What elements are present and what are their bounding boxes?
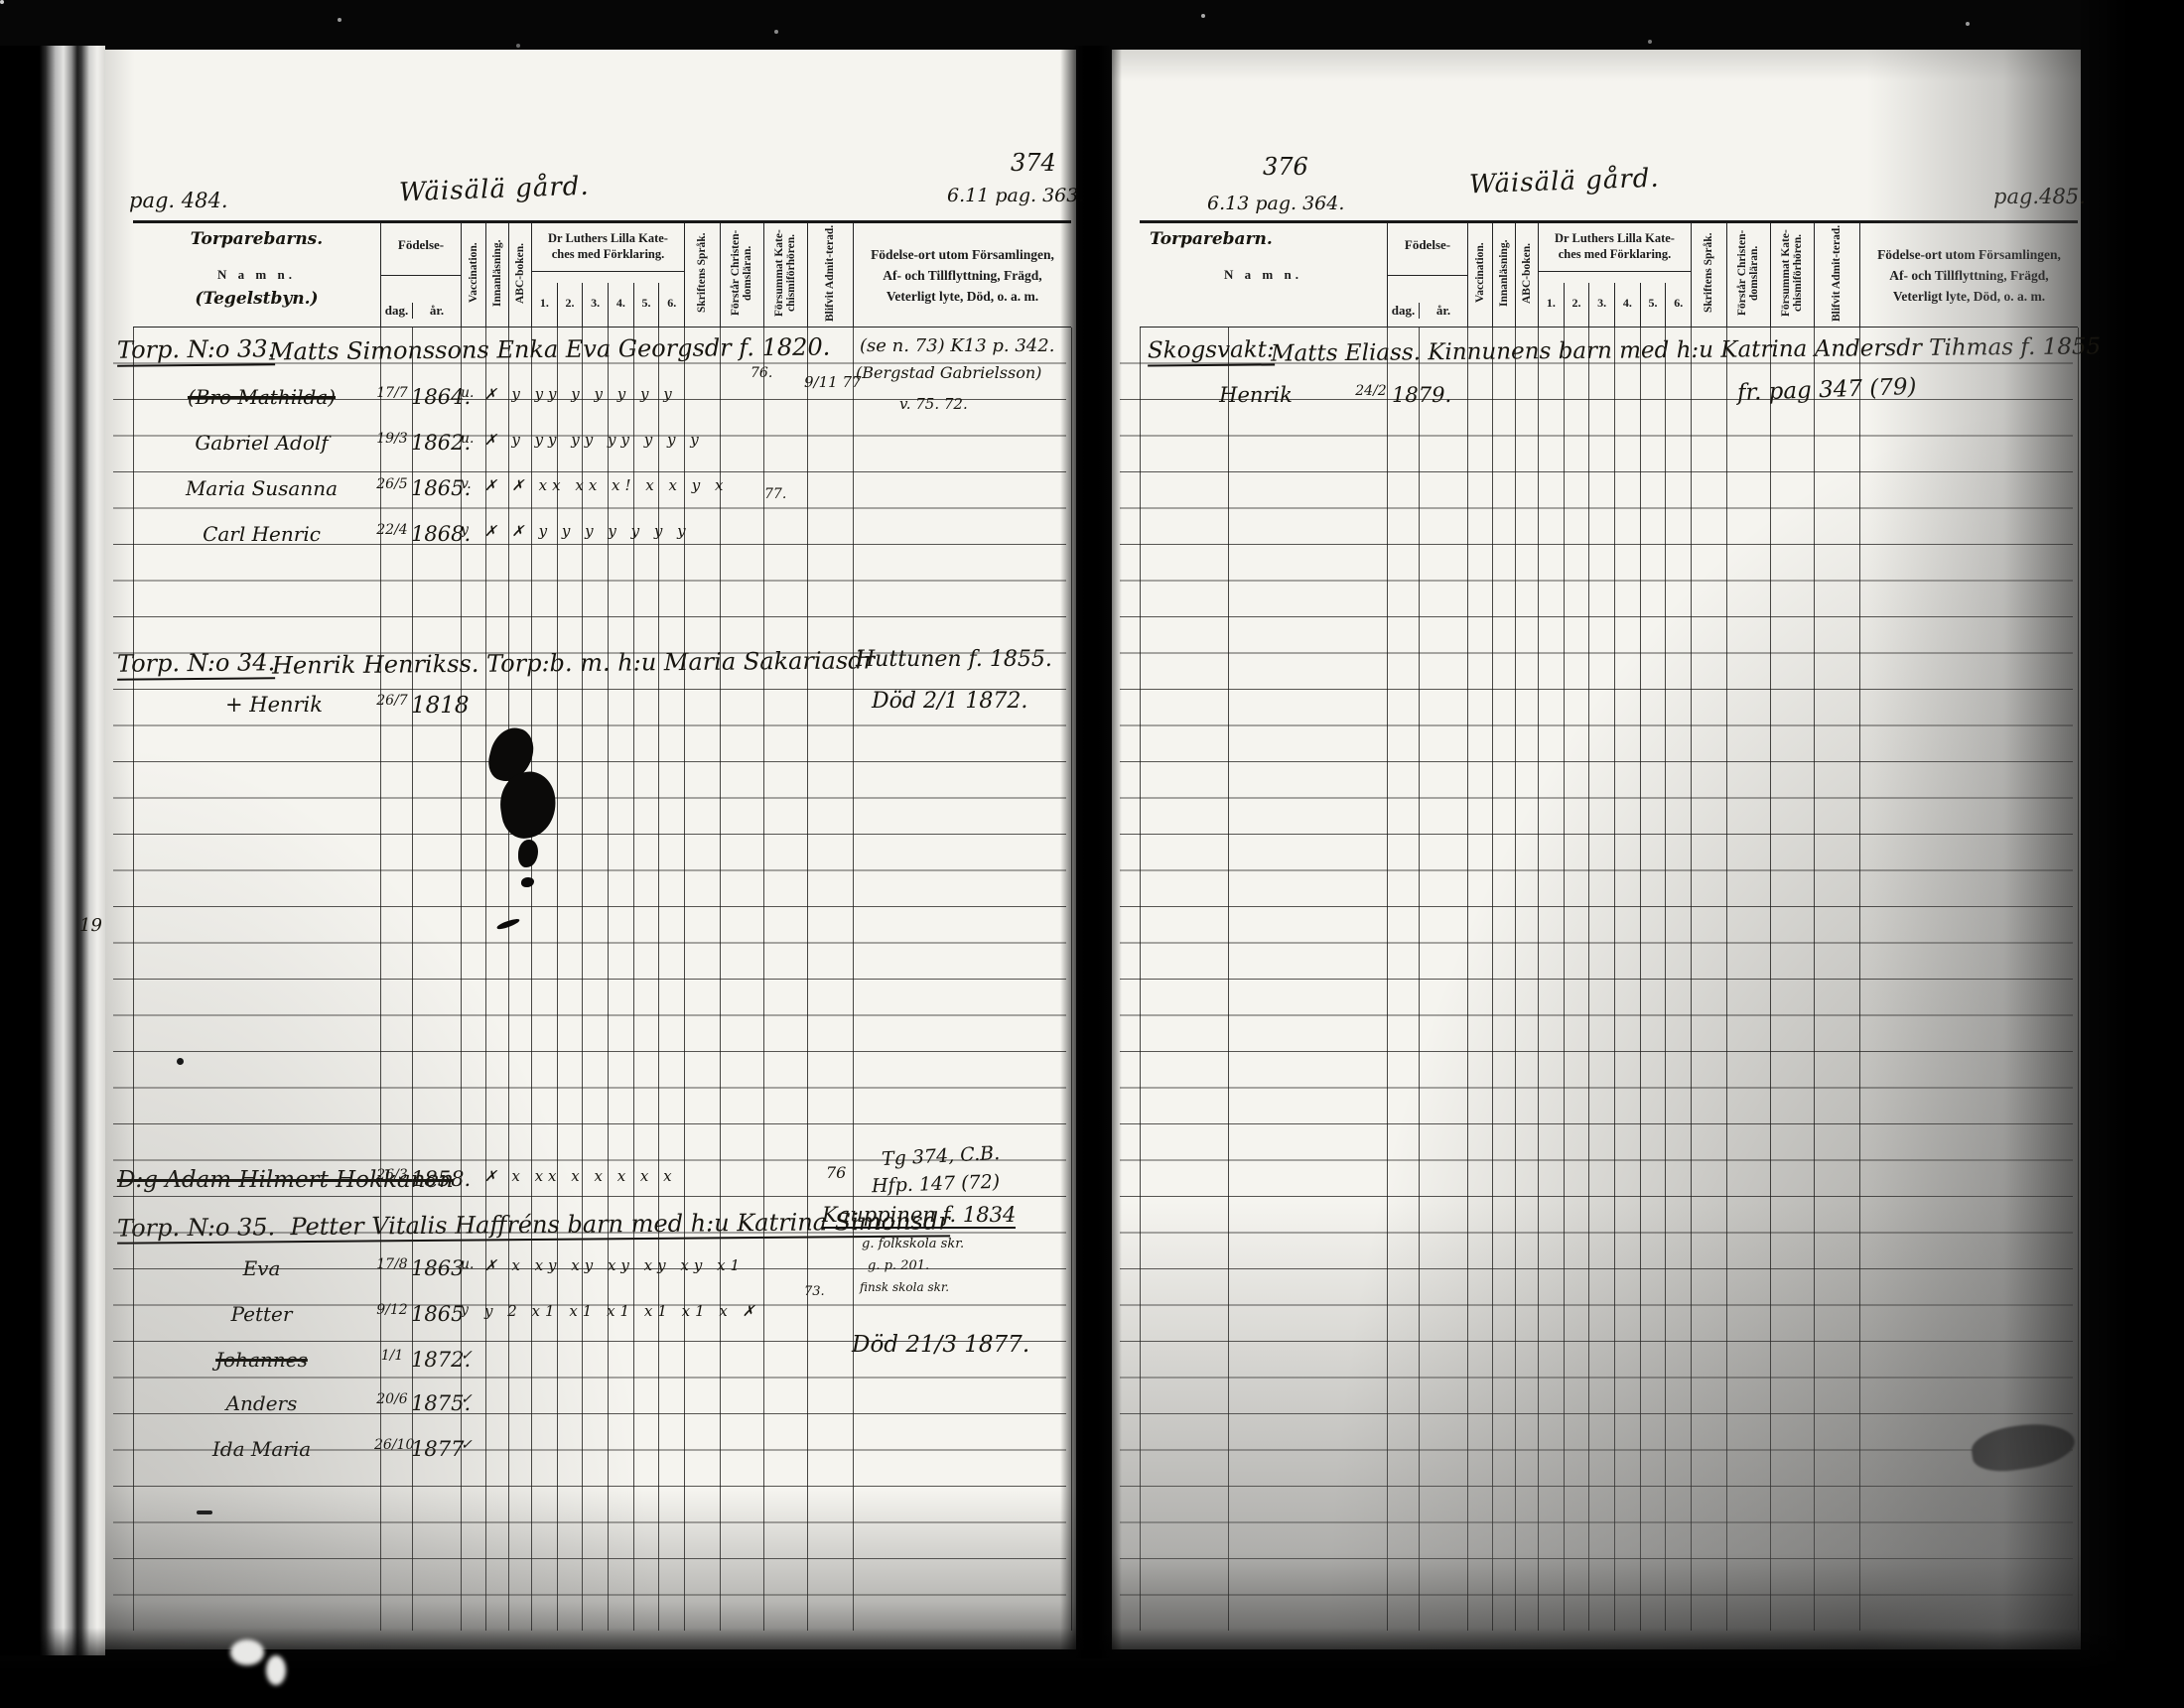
margin-annotation: g. folkskola skr.	[862, 1237, 964, 1251]
dag-label: dag.	[1388, 303, 1420, 319]
namn-annotation-top: Torparebarn.	[1140, 229, 1387, 249]
vaccination-mark: u.	[461, 1256, 474, 1272]
table-column-line	[2078, 328, 2079, 1631]
person-name: Ida Maria	[145, 1437, 378, 1461]
table-column-line	[684, 328, 685, 1631]
birth-year: 1877	[411, 1437, 464, 1461]
register-row: Henrik 24/2 1879.	[1112, 383, 2081, 425]
column-fodelseort: Födelse-ort utom Församlingen, Af- och T…	[1859, 223, 2078, 327]
fodelse-label: Födelse-	[381, 237, 461, 276]
corner-ref-right: 6.13 pag. 364.	[1207, 193, 1344, 214]
book-binding	[1060, 46, 1122, 1658]
vaccination-mark: ✓	[461, 1437, 473, 1453]
kateches-line2: ches med Förklaring.	[532, 247, 684, 263]
birth-year: 1865	[411, 1302, 464, 1326]
kateches-line2: ches med Förklaring.	[1539, 247, 1691, 263]
column-forsummat-katechismiforhoren: Försummat Kate-chismiförhören.	[763, 223, 807, 327]
table-column-line	[807, 328, 808, 1631]
register-row: Carl Henric 22/4 1868. y ✗ ✗ y y y y y y…	[105, 522, 1076, 564]
table-column-line	[485, 328, 486, 1631]
skrift-note: 77.	[764, 486, 786, 502]
column-skriftens-sprak: Skriftens Språk.	[684, 223, 720, 327]
column-vaccination: Vaccination.	[461, 223, 485, 327]
person-name: Anders	[145, 1391, 378, 1415]
table-header-left: Torparebarns. N a m n. (Tegelstbyn.) Föd…	[133, 220, 1071, 328]
column-namn: Torparebarn. N a m n.	[1140, 223, 1387, 327]
household-prefix: Skogsvakt:	[1148, 336, 1275, 366]
table-column-line	[658, 328, 659, 1631]
table-column-line	[1515, 328, 1516, 1631]
person-name: Petter	[145, 1302, 378, 1326]
kateches-subcolumns: 1.2.3.4.5.6.	[1539, 283, 1691, 327]
namn-annotation-bottom: (Tegelstbyn.)	[133, 289, 380, 309]
table-column-line	[1588, 328, 1589, 1631]
catechism-marks: ✗ x xx x x x x x	[484, 1167, 677, 1185]
table-column-line	[380, 328, 381, 1631]
page-title-left: Wäisälä gård.	[399, 172, 591, 208]
column-innanlasning: Innanläsning.	[1492, 223, 1515, 327]
kateches-subcolumns: 1.2.3.4.5.6.	[532, 283, 684, 327]
column-fodelse: Födelse- dag. år.	[380, 223, 461, 327]
vaccination-mark: v.	[461, 476, 472, 492]
register-row: Maria Susanna 26/5 1865. v. ✗ ✗ xx xx x!…	[105, 476, 1076, 518]
ar-label: år.	[413, 303, 461, 319]
register-row: Eva 17/8 1863 u. ✗ x xy xy xy xy xy x1	[105, 1256, 1076, 1298]
margin-annotation: Huttunen f. 1855.	[856, 647, 1052, 672]
table-column-line	[1770, 328, 1771, 1631]
corner-number-right: 376	[1263, 153, 1308, 181]
person-name: Johannes	[145, 1348, 378, 1372]
table-column-line	[763, 328, 764, 1631]
page-stack-highlight	[230, 1640, 264, 1665]
table-column-line	[461, 328, 462, 1631]
book-left-edge	[0, 46, 105, 1655]
vaccination-mark: ✓	[461, 1348, 473, 1364]
margin-annotation: (se n. 73) K13 p. 342.	[860, 335, 1054, 356]
kateches-line1: Dr Luthers Lilla Kate-	[532, 231, 684, 247]
table-column-line	[1665, 328, 1666, 1631]
table-column-line	[1228, 328, 1229, 1631]
table-column-line	[508, 328, 509, 1631]
margin-annotation: Hfp. 147 (72)	[872, 1171, 1001, 1197]
table-column-line	[1859, 328, 1860, 1631]
table-column-line	[1140, 328, 1141, 1631]
table-header-right: Torparebarn. N a m n. Födelse- dag. år. …	[1140, 220, 2078, 328]
dag-label: dag.	[381, 303, 413, 319]
right-page: 376 6.13 pag. 364. Wäisälä gård. pag.485…	[1112, 50, 2081, 1649]
ink-dash	[197, 1511, 212, 1514]
table-column-line	[557, 328, 558, 1631]
ink-dot	[177, 1058, 184, 1065]
table-column-line	[531, 328, 532, 1631]
page-number-left: pag. 484.	[129, 189, 228, 212]
namn-annotation-top: Torparebarns.	[133, 229, 380, 249]
page-number-right: pag.485.	[1993, 185, 2086, 208]
table-column-line	[1691, 328, 1692, 1631]
film-speckles	[0, 0, 4, 4]
table-column-line	[1614, 328, 1615, 1631]
table-column-line	[412, 328, 413, 1631]
catechism-marks: y 2 x1 x1 x1 x1 x1 x ✗	[484, 1302, 759, 1320]
ar-label: år.	[1420, 303, 1467, 319]
vaccination-mark: u.	[461, 385, 474, 401]
table-column-line	[608, 328, 609, 1631]
column-blifvit-admitterad: Blifvit Admit-terad.	[807, 223, 853, 327]
table-column-line	[853, 328, 854, 1631]
table-column-line	[1467, 328, 1468, 1631]
ruled-lines-right	[1120, 328, 2073, 1631]
column-innanlasning: Innanläsning.	[485, 223, 508, 327]
photo-bottom-shadow	[0, 1628, 2184, 1708]
namn-label: N a m n.	[133, 267, 380, 283]
death-note: Död 21/3 1877.	[852, 1332, 1029, 1358]
corner-number-left: 374	[1011, 149, 1056, 177]
person-name: Maria Susanna	[145, 476, 378, 500]
photo-right-shadow	[2075, 0, 2184, 1708]
table-column-line	[1419, 328, 1420, 1631]
person-name: (Bro Mathilda)	[145, 385, 378, 409]
person-name: + Henrik	[185, 693, 363, 717]
skrift-note: 76.	[751, 365, 772, 381]
birth-day: 24/2	[1353, 383, 1389, 399]
table-column-line	[133, 328, 134, 1631]
household-heading: Matts Eliass. Kinnunens barn med h:u Kat…	[1271, 333, 2101, 366]
kateches-line1: Dr Luthers Lilla Kate-	[1539, 231, 1691, 247]
table-column-line	[1726, 328, 1727, 1631]
household-heading: Matts Simonssons Enka Eva Georgsdr f. 18…	[269, 333, 831, 366]
column-skriftens-sprak: Skriftens Språk.	[1691, 223, 1726, 327]
column-abc-boken: ABC-boken.	[508, 223, 531, 327]
table-column-line	[633, 328, 634, 1631]
household-heading: Henrik Henrikss. Torp:b. m. h:u Maria Sa…	[272, 646, 875, 679]
vaccination-mark: y	[461, 1302, 469, 1318]
column-fodelse: Födelse- dag. år.	[1387, 223, 1467, 327]
table-column-line	[582, 328, 583, 1631]
register-row: (Bro Mathilda) 17/7 1864. u. ✗ y yy y y …	[105, 385, 1076, 427]
namn-label: N a m n.	[1140, 267, 1387, 283]
person-name: Eva	[145, 1256, 378, 1280]
birth-year: 1863	[411, 1256, 464, 1280]
table-column-line	[1492, 328, 1493, 1631]
table-column-line	[1564, 328, 1565, 1631]
column-forstar-christendomslaran: Förstår Christen-domsläran.	[1726, 223, 1770, 327]
register-row: Ida Maria 26/10 1877 ✓	[105, 1437, 1076, 1479]
column-fodelseort: Födelse-ort utom Församlingen, Af- och T…	[853, 223, 1071, 327]
column-kateches: Dr Luthers Lilla Kate- ches med Förklari…	[531, 223, 684, 327]
scanned-register-photo: pag. 484. Wäisälä gård. 374 6.11 pag. 36…	[0, 0, 2184, 1708]
catechism-marks: ✗ y yy y y y y y	[484, 385, 677, 403]
column-kateches: Dr Luthers Lilla Kate- ches med Förklari…	[1538, 223, 1691, 327]
column-forsummat-katechismiforhoren: Försummat Kate-chismiförhören.	[1770, 223, 1814, 327]
catechism-marks: ✗ ✗ xx xx x! x x y x	[484, 476, 728, 494]
page-title-right: Wäisälä gård.	[1469, 164, 1661, 200]
column-forstar-christendomslaran: Förstår Christen-domsläran.	[720, 223, 763, 327]
table-column-line	[1387, 328, 1388, 1631]
admit-note: 76	[826, 1163, 846, 1182]
fodelse-label: Födelse-	[1388, 237, 1467, 276]
table-column-line	[1640, 328, 1641, 1631]
column-vaccination: Vaccination.	[1467, 223, 1492, 327]
vaccination-mark: ✓	[461, 1391, 473, 1407]
table-column-line	[1538, 328, 1539, 1631]
person-name: Gabriel Adolf	[145, 431, 378, 455]
margin-note: 19	[79, 915, 102, 936]
register-row: + Henrik 26/7 1818	[105, 693, 1076, 734]
person-name: Carl Henric	[145, 522, 378, 546]
page-stack-highlight	[266, 1655, 286, 1685]
column-abc-boken: ABC-boken.	[1515, 223, 1538, 327]
vaccination-mark: y	[461, 522, 469, 538]
column-blifvit-admitterad: Blifvit Admit-terad.	[1814, 223, 1859, 327]
catechism-marks: ✗ y yy yy yy y y y	[484, 431, 704, 449]
birth-year: 1879.	[1392, 383, 1451, 407]
register-row-skogsvakt: Skogsvakt: Matts Eliass. Kinnunens barn …	[1112, 337, 2081, 379]
household-prefix: Torp. N:o 33.	[117, 334, 275, 366]
person-name: Henrik	[1171, 383, 1340, 407]
catechism-marks: ✗ x xy xy xy xy xy x1	[484, 1256, 745, 1274]
column-namn: Torparebarns. N a m n. (Tegelstbyn.)	[133, 223, 380, 327]
household-prefix: Torp. N:o 34.	[117, 648, 275, 680]
table-column-line	[1814, 328, 1815, 1631]
left-page: pag. 484. Wäisälä gård. 374 6.11 pag. 36…	[105, 50, 1076, 1649]
register-row: Anders 20/6 1875. ✓	[105, 1391, 1076, 1433]
margin-annotation: Kauppinen f. 1834	[822, 1203, 1016, 1229]
register-row: Gabriel Adolf 19/3 1862. u. ✗ y yy yy yy…	[105, 431, 1076, 472]
vaccination-mark: u.	[461, 431, 474, 447]
table-column-line	[720, 328, 721, 1631]
margin-annotation: (Bergstad Gabrielsson)	[856, 363, 1041, 382]
